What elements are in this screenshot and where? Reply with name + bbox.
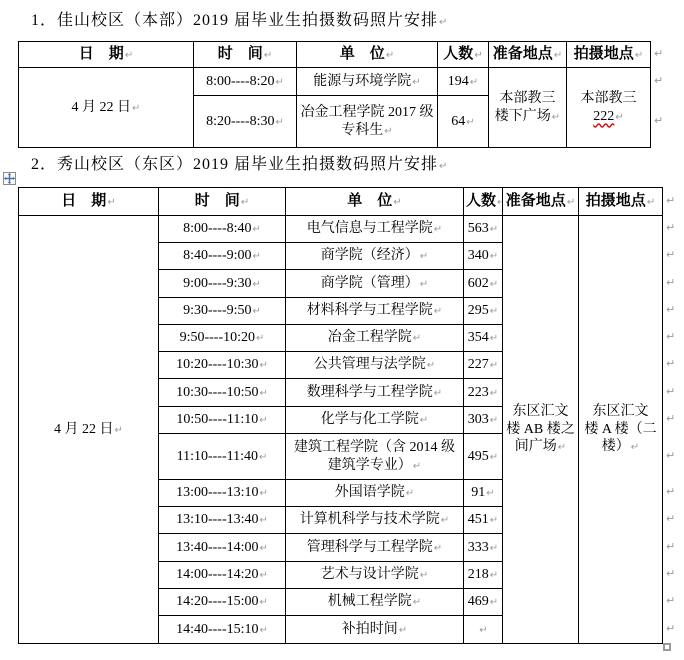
cell-text: 楼） (602, 439, 630, 454)
cell-count[interactable]: 227↵ (464, 352, 503, 379)
table-move-handle[interactable] (3, 172, 16, 185)
cell-end-mark: ↵ (490, 597, 498, 608)
cell-end-mark: ↵ (486, 488, 494, 499)
cell-text: 14:40----15:10 (176, 622, 258, 637)
cell-end-mark: ↵ (420, 415, 428, 426)
column-header[interactable]: 时 间↵ (194, 42, 297, 68)
cell-time[interactable]: 11:10----11:40↵ (159, 434, 286, 480)
cell-text: 223 (468, 385, 489, 400)
cell-count[interactable]: 563↵ (464, 216, 503, 243)
cell-unit[interactable]: 商学院（管理）↵ (286, 270, 464, 298)
cell-end-mark: ↵ (490, 333, 498, 344)
cell-text: 9:50----10:20 (180, 330, 255, 345)
cell-text: 数理科学与工程学院 (307, 385, 433, 400)
header-text: 时 间 (218, 46, 263, 62)
cell-unit[interactable]: 外国语学院↵ (286, 480, 464, 507)
cell-end-mark: ↵ (434, 543, 442, 554)
schedule-table-jiashan[interactable]: 日 期↵时 间↵单 位↵人数↵准备地点↵拍摄地点↵4 月 22 日↵8:00--… (18, 41, 651, 148)
cell-text: 楼下广场 (495, 109, 551, 124)
row-end-paragraph-mark: ↵ (666, 623, 675, 634)
cell-prepare-location[interactable]: 东区汇文楼 AB 楼之间广场↵ (503, 216, 579, 644)
move-arrows-icon (4, 173, 15, 184)
row-end-paragraph-mark: ↵ (666, 413, 675, 424)
column-header[interactable]: 准备地点↵ (489, 42, 567, 68)
cell-shoot-location[interactable]: 东区汇文楼 A 楼（二楼）↵ (579, 216, 663, 644)
cell-text: 商学院（经济） (321, 248, 419, 263)
row-end-paragraph-mark: ↵ (654, 75, 663, 86)
row-end-paragraph-mark: ↵ (666, 358, 675, 369)
section1-title-text: 1．佳山校区（本部）2019 届毕业生拍摄数码照片安排 (31, 12, 438, 29)
cell-text: 楼 A 楼（二 (584, 422, 656, 437)
cell-time[interactable]: 14:00----14:20↵ (159, 562, 286, 589)
cell-text: 冶金工程学院 2017 级专科生 (301, 105, 434, 138)
cell-time[interactable]: 8:00----8:20↵ (194, 68, 297, 96)
cell-text: 能源与环境学院 (313, 74, 411, 89)
cell-text: 563 (468, 221, 489, 236)
cell-end-mark: ↵ (260, 515, 268, 526)
cell-text: 化学与化工学院 (321, 412, 419, 427)
column-header[interactable]: 单 位↵ (286, 188, 464, 216)
header-text: 单 位 (347, 193, 392, 209)
section2-title-text: 2．秀山校区（东区）2019 届毕业生拍摄数码照片安排 (31, 156, 438, 173)
cell-count[interactable]: 295↵ (464, 298, 503, 325)
cell-text: 10:20----10:30 (176, 357, 258, 372)
cell-unit[interactable]: 公共管理与法学院↵ (286, 352, 464, 379)
cell-end-mark: ↵ (490, 570, 498, 581)
cell-end-mark: ↵ (241, 197, 249, 208)
cell-count[interactable]: 303↵ (464, 407, 503, 434)
cell-text: 602 (468, 276, 489, 291)
header-row: 日 期↵时 间↵单 位↵人数↵准备地点↵拍摄地点↵ (19, 42, 651, 68)
cell-time[interactable]: 13:10----13:40↵ (159, 507, 286, 534)
cell-end-mark: ↵ (260, 388, 268, 399)
cell-text: 495 (468, 449, 489, 464)
cell-end-mark: ↵ (260, 488, 268, 499)
cell-text: 建筑工程学院（含 2014 级建筑学专业） (294, 440, 455, 473)
cell-time[interactable]: 8:00----8:40↵ (159, 216, 286, 243)
cell-text: 楼 AB 楼之 (506, 422, 574, 437)
cell-unit[interactable]: 冶金工程学院 2017 级专科生↵ (297, 96, 438, 148)
cell-unit[interactable]: 机械工程学院↵ (286, 589, 464, 616)
cell-unit[interactable]: 艺术与设计学院↵ (286, 562, 464, 589)
cell-time[interactable]: 13:00----13:10↵ (159, 480, 286, 507)
table-row: 4 月 22 日↵8:00----8:40↵电气信息与工程学院↵563↵东区汇文… (19, 216, 663, 243)
cell-end-mark: ↵ (399, 625, 407, 636)
cell-text: 295 (468, 303, 489, 318)
cell-end-mark: ↵ (554, 50, 562, 61)
cell-text: 材料科学与工程学院 (307, 303, 433, 318)
cell-end-mark: ↵ (635, 50, 643, 61)
cell-text: 管理科学与工程学院 (307, 540, 433, 555)
cell-end-mark: ↵ (470, 77, 478, 88)
cell-text: 469 (468, 594, 489, 609)
cell-text: 340 (468, 248, 489, 263)
cell-end-mark: ↵ (490, 224, 498, 235)
cell-end-mark: ↵ (393, 197, 401, 208)
cell-time[interactable]: 14:20----15:00↵ (159, 589, 286, 616)
column-header[interactable]: 准备地点↵ (503, 188, 579, 216)
column-header[interactable]: 人数↵ (464, 188, 503, 216)
cell-end-mark: ↵ (479, 625, 487, 636)
cell-end-mark: ↵ (256, 333, 264, 344)
cell-text: 64 (451, 114, 465, 129)
cell-end-mark: ↵ (115, 425, 123, 436)
column-header[interactable]: 日 期↵ (19, 42, 194, 68)
table-row: 4 月 22 日↵8:00----8:20↵能源与环境学院↵194↵本部教三楼下… (19, 68, 651, 96)
cell-end-mark: ↵ (386, 50, 394, 61)
cell-text: 公共管理与法学院 (314, 357, 426, 372)
cell-end-mark: ↵ (125, 50, 133, 61)
cell-end-mark: ↵ (490, 251, 498, 262)
cell-count[interactable]: 64↵ (438, 96, 489, 148)
cell-end-mark: ↵ (441, 515, 449, 526)
cell-end-mark: ↵ (420, 251, 428, 262)
cell-text: 451 (468, 512, 489, 527)
cell-end-mark: ↵ (260, 360, 268, 371)
cell-time[interactable]: 13:40----14:00↵ (159, 534, 286, 562)
cell-text: 13:00----13:10 (176, 485, 258, 500)
cell-end-mark: ↵ (260, 543, 268, 554)
cell-end-mark: ↵ (466, 117, 474, 128)
row-end-paragraph-mark: ↵ (666, 304, 675, 315)
cell-text: 354 (468, 330, 489, 345)
cell-text: 333 (468, 540, 489, 555)
header-text: 单 位 (340, 46, 385, 62)
row-end-paragraph-mark: ↵ (666, 195, 675, 206)
cell-end-mark: ↵ (615, 112, 623, 123)
cell-count[interactable]: 223↵ (464, 379, 503, 407)
cell-text: 4 月 22 日 (72, 100, 132, 115)
cell-end-mark: ↵ (490, 388, 498, 399)
cell-end-mark: ↵ (631, 442, 639, 453)
cell-end-mark: ↵ (132, 103, 140, 114)
cell-time[interactable]: 10:50----11:10↵ (159, 407, 286, 434)
cell-count[interactable]: ↵ (464, 616, 503, 644)
cell-end-mark: ↵ (490, 360, 498, 371)
cell-text: 商学院（管理） (321, 276, 419, 291)
cell-text: 间广场 (515, 439, 557, 454)
cell-end-mark: ↵ (260, 570, 268, 581)
document-page: { "marks": { "cell_end": "↵" }, "colors"… (0, 0, 684, 660)
cell-date[interactable]: 4 月 22 日↵ (19, 68, 194, 148)
cell-end-mark: ↵ (420, 570, 428, 581)
header-text: 人数 (466, 193, 496, 209)
column-header[interactable]: 人数↵ (438, 42, 489, 68)
cell-unit[interactable]: 补拍时间↵ (286, 616, 464, 644)
row-end-paragraph-mark: ↵ (666, 486, 675, 497)
cell-text: 外国语学院 (335, 485, 405, 500)
cell-count[interactable]: 91↵ (464, 480, 503, 507)
cell-end-mark: ↵ (647, 197, 655, 208)
cell-end-mark: ↵ (434, 224, 442, 235)
section1-title[interactable]: 1．佳山校区（本部）2019 届毕业生拍摄数码照片安排↵ (31, 7, 448, 30)
cell-text: 8:40----9:00 (183, 248, 251, 263)
cell-end-mark: ↵ (253, 306, 261, 317)
cell-end-mark: ↵ (434, 306, 442, 317)
paragraph-mark: ↵ (439, 17, 448, 28)
cell-unit[interactable]: 计算机科学与技术学院↵ (286, 507, 464, 534)
cell-end-mark: ↵ (490, 306, 498, 317)
cell-unit[interactable]: 材料科学与工程学院↵ (286, 298, 464, 325)
cell-count[interactable]: 218↵ (464, 562, 503, 589)
cell-end-mark: ↵ (276, 117, 284, 128)
cell-text: 218 (468, 567, 489, 582)
row-end-paragraph-mark: ↵ (666, 277, 675, 288)
cell-count[interactable]: 194↵ (438, 68, 489, 96)
cell-unit[interactable]: 管理科学与工程学院↵ (286, 534, 464, 562)
cell-end-mark: ↵ (260, 597, 268, 608)
cell-time[interactable]: 9:00----9:30↵ (159, 270, 286, 298)
cell-text: 91 (471, 485, 485, 500)
cell-end-mark: ↵ (558, 442, 566, 453)
cell-end-mark: ↵ (276, 77, 284, 88)
cell-end-mark: ↵ (474, 50, 482, 61)
cell-end-mark: ↵ (413, 461, 421, 472)
cell-shoot-location[interactable]: 本部教三222↵ (567, 68, 651, 148)
cell-count[interactable]: 333↵ (464, 534, 503, 562)
row-end-paragraph-mark: ↵ (666, 450, 675, 461)
cell-text: 本部教三 (581, 91, 637, 106)
cell-text: 222 (593, 109, 614, 124)
cell-text: 本部教三 (500, 91, 556, 106)
cell-text: 9:30----9:50 (183, 303, 251, 318)
cell-prepare-location[interactable]: 本部教三楼下广场↵ (489, 68, 567, 148)
cell-text: 11:10----11:40 (177, 449, 258, 464)
header-text: 人数 (443, 46, 473, 62)
cell-time[interactable]: 10:30----10:50↵ (159, 379, 286, 407)
cell-end-mark: ↵ (420, 279, 428, 290)
cell-end-mark: ↵ (259, 415, 267, 426)
section2-title[interactable]: 2．秀山校区（东区）2019 届毕业生拍摄数码照片安排↵ (31, 151, 448, 174)
cell-date[interactable]: 4 月 22 日↵ (19, 216, 159, 644)
row-end-paragraph-mark: ↵ (666, 568, 675, 579)
cell-count[interactable]: 602↵ (464, 270, 503, 298)
cell-text: 227 (468, 357, 489, 372)
cell-count[interactable]: 451↵ (464, 507, 503, 534)
row-end-paragraph-mark: ↵ (666, 222, 675, 233)
header-text: 日 期 (79, 46, 124, 62)
column-header[interactable]: 时 间↵ (159, 188, 286, 216)
column-header[interactable]: 拍摄地点↵ (567, 42, 651, 68)
cell-text: 补拍时间 (342, 622, 398, 637)
header-text: 准备地点 (493, 46, 553, 62)
header-text: 准备地点 (506, 193, 566, 209)
cell-unit[interactable]: 电气信息与工程学院↵ (286, 216, 464, 243)
cell-unit[interactable]: 冶金工程学院↵ (286, 325, 464, 352)
cell-text: 东区汇文 (513, 404, 569, 419)
row-end-paragraph-mark: ↵ (666, 386, 675, 397)
cell-end-mark: ↵ (434, 388, 442, 399)
cell-time[interactable]: 14:40----15:10↵ (159, 616, 286, 644)
cell-end-mark: ↵ (490, 452, 498, 463)
cell-unit[interactable]: 能源与环境学院↵ (297, 68, 438, 96)
cell-end-mark: ↵ (406, 488, 414, 499)
row-end-paragraph-mark: ↵ (654, 48, 663, 59)
cell-unit[interactable]: 商学院（经济）↵ (286, 243, 464, 270)
row-end-paragraph-mark: ↵ (666, 541, 675, 552)
column-header[interactable]: 日 期↵ (19, 188, 159, 216)
cell-time[interactable]: 10:20----10:30↵ (159, 352, 286, 379)
cell-count[interactable]: 469↵ (464, 589, 503, 616)
cell-end-mark: ↵ (253, 224, 261, 235)
header-row: 日 期↵时 间↵单 位↵人数↵准备地点↵拍摄地点↵ (19, 188, 663, 216)
cell-end-mark: ↵ (264, 50, 272, 61)
cell-time[interactable]: 8:40----9:00↵ (159, 243, 286, 270)
cell-text: 计算机科学与技术学院 (300, 512, 440, 527)
cell-end-mark: ↵ (413, 597, 421, 608)
cell-text: 电气信息与工程学院 (307, 221, 433, 236)
cell-time[interactable]: 8:20----8:30↵ (194, 96, 297, 148)
column-header[interactable]: 拍摄地点↵ (579, 188, 663, 216)
row-end-paragraph-mark: ↵ (654, 115, 663, 126)
row-end-paragraph-mark: ↵ (666, 513, 675, 524)
paragraph-mark: ↵ (439, 161, 448, 172)
header-text: 日 期 (61, 193, 106, 209)
column-header[interactable]: 单 位↵ (297, 42, 438, 68)
cell-text: 13:40----14:00 (176, 540, 258, 555)
schedule-table-xiushan[interactable]: 日 期↵时 间↵单 位↵人数↵准备地点↵拍摄地点↵4 月 22 日↵8:00--… (18, 187, 663, 644)
cell-time[interactable]: 9:30----9:50↵ (159, 298, 286, 325)
cell-time[interactable]: 9:50----10:20↵ (159, 325, 286, 352)
cell-unit[interactable]: 数理科学与工程学院↵ (286, 379, 464, 407)
cell-text: 14:20----15:00 (176, 594, 258, 609)
cell-end-mark: ↵ (490, 515, 498, 526)
cell-text: 机械工程学院 (328, 594, 412, 609)
cell-end-mark: ↵ (413, 333, 421, 344)
table-resize-handle[interactable] (663, 643, 671, 651)
cell-text: 14:00----14:20 (176, 567, 258, 582)
cell-text: 艺术与设计学院 (321, 567, 419, 582)
cell-text: 10:50----11:10 (176, 412, 258, 427)
cell-end-mark: ↵ (107, 197, 115, 208)
cell-text: 冶金工程学院 (328, 330, 412, 345)
cell-end-mark: ↵ (412, 77, 420, 88)
cell-count[interactable]: 340↵ (464, 243, 503, 270)
cell-end-mark: ↵ (490, 415, 498, 426)
cell-text: 303 (468, 412, 489, 427)
cell-end-mark: ↵ (567, 197, 575, 208)
cell-text: 8:20----8:30 (206, 114, 274, 129)
cell-text: 9:00----9:30 (183, 276, 251, 291)
header-text: 时 间 (195, 193, 240, 209)
header-text: 拍摄地点 (574, 46, 634, 62)
header-text: 拍摄地点 (586, 193, 646, 209)
row-end-paragraph-mark: ↵ (666, 249, 675, 260)
cell-text: 8:00----8:20 (206, 74, 274, 89)
cell-end-mark: ↵ (497, 197, 502, 208)
cell-end-mark: ↵ (260, 625, 268, 636)
cell-text: 4 月 22 日 (54, 422, 114, 437)
cell-end-mark: ↵ (490, 543, 498, 554)
cell-unit[interactable]: 建筑工程学院（含 2014 级建筑学专业）↵ (286, 434, 464, 480)
cell-text: 8:00----8:40 (183, 221, 251, 236)
cell-unit[interactable]: 化学与化工学院↵ (286, 407, 464, 434)
row-end-paragraph-mark: ↵ (666, 331, 675, 342)
cell-count[interactable]: 495↵ (464, 434, 503, 480)
cell-end-mark: ↵ (253, 279, 261, 290)
cell-text: 东区汇文 (593, 404, 649, 419)
cell-text: 194 (448, 74, 469, 89)
cell-text: 10:30----10:50 (176, 385, 258, 400)
cell-end-mark: ↵ (259, 452, 267, 463)
cell-end-mark: ↵ (384, 126, 392, 137)
row-end-paragraph-mark: ↵ (666, 595, 675, 606)
cell-end-mark: ↵ (253, 251, 261, 262)
cell-end-mark: ↵ (427, 360, 435, 371)
cell-count[interactable]: 354↵ (464, 325, 503, 352)
cell-text: 13:10----13:40 (176, 512, 258, 527)
cell-end-mark: ↵ (552, 112, 560, 123)
cell-end-mark: ↵ (490, 279, 498, 290)
